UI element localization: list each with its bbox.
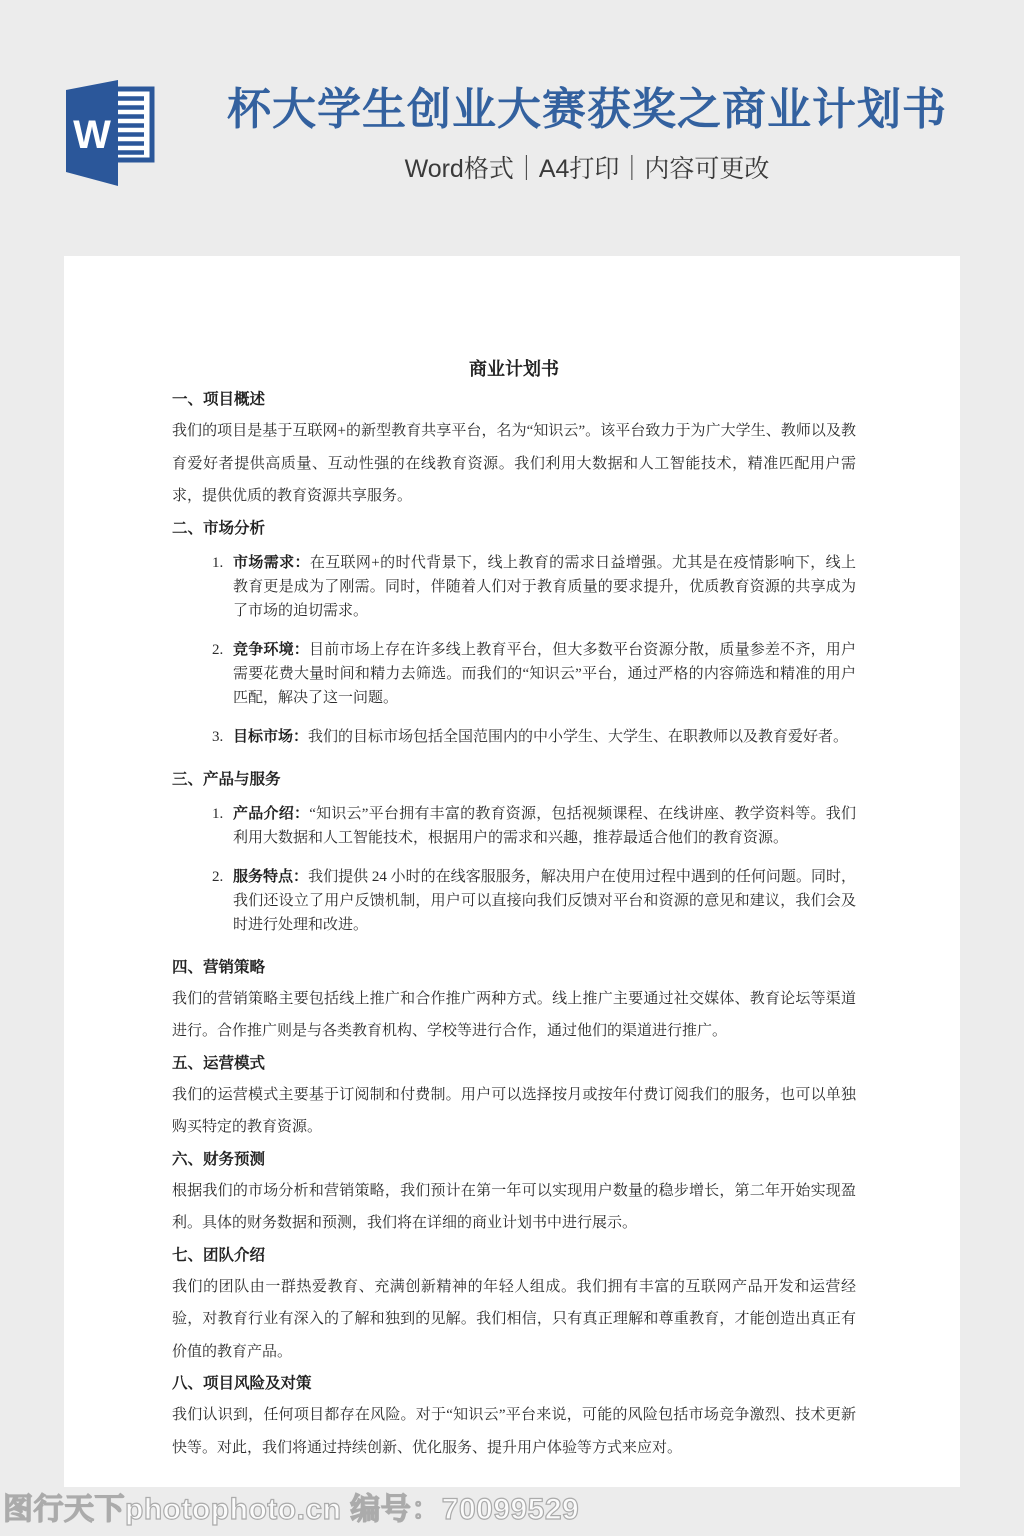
template-header: W 杯大学生创业大赛获奖之商业计划书 Word格式｜A4打印｜内容可更改 bbox=[0, 0, 1024, 256]
list-item: 竞争环境：目前市场上存在许多线上教育平台，但大多数平台资源分散，质量参差不齐，用… bbox=[227, 638, 856, 710]
section-heading-4: 四、营销策略 bbox=[172, 952, 856, 983]
list-item: 目标市场：我们的目标市场包括全国范围内的中小学生、大学生、在职教师以及教育爱好者… bbox=[227, 725, 856, 749]
list-item-label: 市场需求： bbox=[233, 555, 310, 571]
section-7-paragraph: 我们的团队由一群热爱教育、充满创新精神的年轻人组成。我们拥有丰富的互联网产品开发… bbox=[172, 1271, 856, 1369]
list-item-text: 我们提供 24 小时的在线客服服务，解决用户在使用过程中遇到的任何问题。同时，我… bbox=[233, 869, 856, 933]
list-item-label: 产品介绍： bbox=[233, 806, 309, 822]
list-item-text: 在互联网+的时代背景下，线上教育的需求日益增强。尤其是在疫情影响下，线上教育更是… bbox=[233, 555, 856, 619]
list-item: 产品介绍：“知识云”平台拥有丰富的教育资源，包括视频课程、在线讲座、教学资料等。… bbox=[227, 802, 856, 850]
template-title: 杯大学生创业大赛获奖之商业计划书 bbox=[150, 84, 1024, 136]
section-heading-1: 一、项目概述 bbox=[172, 384, 856, 415]
section-1-paragraph: 我们的项目是基于互联网+的新型教育共享平台，名为“知识云”。该平台致力于为广大学… bbox=[172, 415, 856, 513]
section-2-list: 市场需求：在互联网+的时代背景下，线上教育的需求日益增强。尤其是在疫情影响下，线… bbox=[172, 551, 856, 749]
section-heading-7: 七、团队介绍 bbox=[172, 1240, 856, 1271]
section-heading-3: 三、产品与服务 bbox=[172, 764, 856, 795]
list-item: 市场需求：在互联网+的时代背景下，线上教育的需求日益增强。尤其是在疫情影响下，线… bbox=[227, 551, 856, 623]
list-item-label: 目标市场： bbox=[233, 729, 308, 745]
section-heading-8: 八、项目风险及对策 bbox=[172, 1368, 856, 1399]
document-page: 商业计划书 一、项目概述 我们的项目是基于互联网+的新型教育共享平台，名为“知识… bbox=[64, 256, 960, 1487]
list-item-label: 竞争环境： bbox=[233, 642, 309, 658]
svg-text:W: W bbox=[73, 113, 111, 157]
section-6-paragraph: 根据我们的市场分析和营销策略，我们预计在第一年可以实现用户数量的稳步增长，第二年… bbox=[172, 1175, 856, 1240]
section-heading-2: 二、市场分析 bbox=[172, 513, 856, 544]
word-file-icon: W bbox=[66, 80, 156, 186]
document-title: 商业计划书 bbox=[172, 354, 856, 384]
watermark-text: 图行天下photophoto.cn 编号：70099529 bbox=[3, 1484, 579, 1528]
section-4-paragraph: 我们的营销策略主要包括线上推广和合作推广两种方式。线上推广主要通过社交媒体、教育… bbox=[172, 983, 856, 1048]
list-item-text: 目前市场上存在许多线上教育平台，但大多数平台资源分散，质量参差不齐，用户需要花费… bbox=[233, 642, 856, 706]
section-heading-5: 五、运营模式 bbox=[172, 1048, 856, 1079]
header-text-block: 杯大学生创业大赛获奖之商业计划书 Word格式｜A4打印｜内容可更改 bbox=[150, 84, 1024, 185]
list-item-text: “知识云”平台拥有丰富的教育资源，包括视频课程、在线讲座、教学资料等。我们利用大… bbox=[233, 806, 856, 846]
list-item-text: 我们的目标市场包括全国范围内的中小学生、大学生、在职教师以及教育爱好者。 bbox=[308, 729, 848, 745]
list-item: 服务特点：我们提供 24 小时的在线客服服务，解决用户在使用过程中遇到的任何问题… bbox=[227, 865, 856, 937]
section-3-list: 产品介绍：“知识云”平台拥有丰富的教育资源，包括视频课程、在线讲座、教学资料等。… bbox=[172, 802, 856, 937]
section-8-paragraph: 我们认识到，任何项目都存在风险。对于“知识云”平台来说，可能的风险包括市场竞争激… bbox=[172, 1399, 856, 1464]
template-subtitle: Word格式｜A4打印｜内容可更改 bbox=[150, 149, 1024, 185]
section-5-paragraph: 我们的运营模式主要基于订阅制和付费制。用户可以选择按月或按年付费订阅我们的服务，… bbox=[172, 1079, 856, 1144]
section-heading-6: 六、财务预测 bbox=[172, 1144, 856, 1175]
list-item-label: 服务特点： bbox=[233, 869, 308, 885]
